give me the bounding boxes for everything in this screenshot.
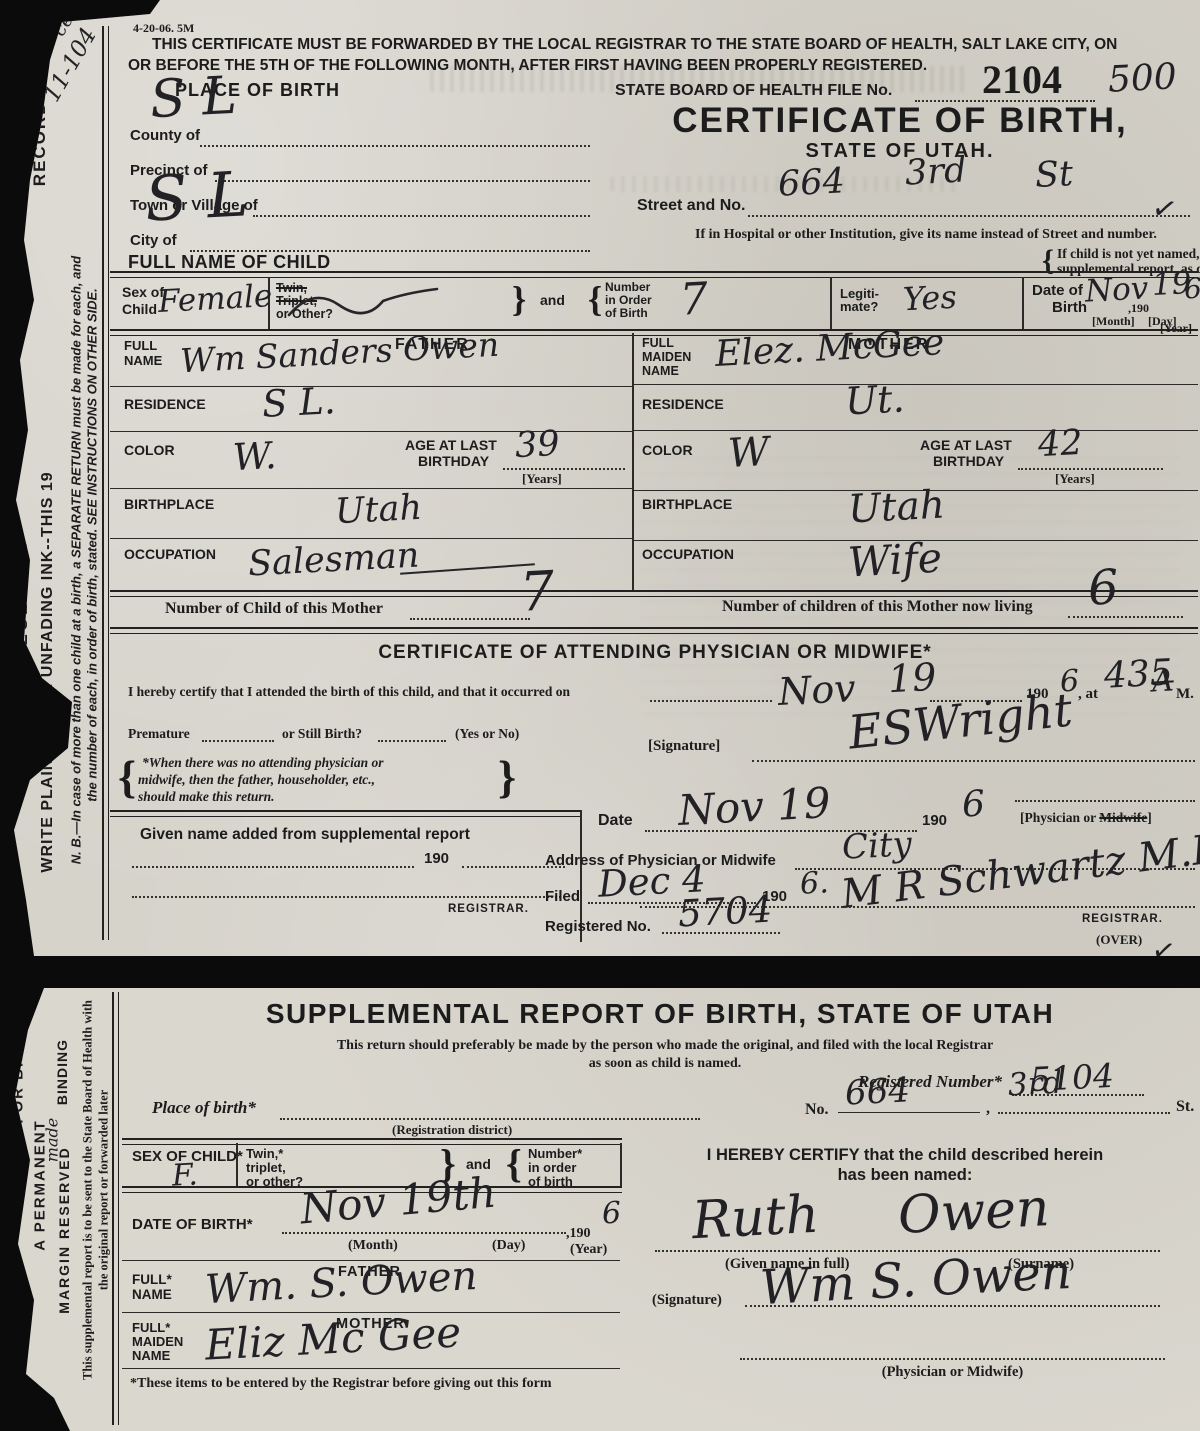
- supp-street-no-handwritten: 664: [844, 1070, 911, 1113]
- and-brace-left: }: [512, 278, 526, 320]
- premature-label: Premature: [128, 726, 190, 742]
- parents-center-divider: [632, 333, 634, 591]
- supp-title: SUPPLEMENTAL REPORT OF BIRTH, STATE OF U…: [140, 998, 1180, 1030]
- certify-line1: [650, 700, 772, 702]
- supp-place-label: Place of birth*: [152, 1098, 256, 1118]
- supp-certify-line2: has been named:: [650, 1166, 1160, 1185]
- checkmark-bottom: ✓: [1149, 932, 1178, 969]
- file-number-label: STATE BOARD OF HEALTH FILE No.: [615, 82, 892, 100]
- father-name-label2: NAME: [124, 353, 162, 368]
- county-label: County of: [130, 127, 200, 144]
- mother-name-label3: NAME: [642, 364, 679, 378]
- supp-st-label: St.: [1176, 1098, 1194, 1116]
- father-occupation-label: OCCUPATION: [124, 546, 216, 562]
- margin-nb-note-line2: the number of each, in order of birth, s…: [85, 288, 100, 802]
- form-left-rule: [102, 26, 109, 940]
- date-value-handwritten: Nov 19: [677, 778, 832, 835]
- supp-order-label1: Number*: [528, 1146, 582, 1161]
- physician-signature-handwritten: ESWright: [846, 682, 1075, 759]
- given-name-box-registrar: REGISTRAR.: [448, 903, 529, 915]
- filed-year-handwritten: 6.: [799, 865, 829, 901]
- supp-year-label: (Year): [570, 1242, 607, 1258]
- date-label: Date: [598, 812, 633, 830]
- given-name-box-top-rule: [110, 810, 580, 817]
- given-name-box-line3: [132, 896, 565, 898]
- supp-margin-note-line2: the original report or forwarded later: [97, 1090, 112, 1291]
- certify-statement: I hereby certify that I attended the bir…: [128, 684, 570, 700]
- yes-or-no-label: (Yes or No): [455, 726, 519, 742]
- supp-street-name-handwritten: 3rd: [1007, 1065, 1063, 1104]
- father-birthplace-handwritten: Utah: [334, 488, 423, 532]
- date-year-handwritten: 6: [961, 783, 986, 825]
- filed-label: Filed: [545, 888, 580, 905]
- no-attendant-brace-right: }: [498, 750, 516, 803]
- supp-given-name-handwritten: Ruth: [691, 1185, 821, 1252]
- sex-value-handwritten: Female: [157, 278, 273, 320]
- given-name-box-year: 190: [424, 850, 449, 867]
- supp-dob-handwritten: Nov 19th: [298, 1168, 498, 1234]
- supp-twin-label2: triplet,: [246, 1160, 286, 1175]
- physician-or-midwife-bracket: [Physician or Midwife]: [1020, 810, 1152, 826]
- father-color-handwritten: W.: [232, 434, 278, 479]
- premature-line: [202, 740, 274, 742]
- mother-occupation-handwritten: Wife: [847, 534, 943, 587]
- town-city-value-handwritten: S L: [143, 157, 250, 235]
- certificate-title: CERTIFICATE OF BIRTH,: [600, 101, 1200, 141]
- supp-dob-line: [282, 1232, 566, 1234]
- supp-mother-label1: FULL*: [132, 1320, 170, 1335]
- mother-name-label2: MAIDEN: [642, 350, 691, 364]
- child-number-label: Number of Child of this Mother: [165, 600, 383, 618]
- phys-label-part1: [Physician or: [1020, 810, 1099, 825]
- order-value-handwritten: 7: [679, 273, 710, 325]
- street-label: Street and No.: [637, 197, 745, 215]
- signature-label: [Signature]: [648, 738, 720, 755]
- county-line: [200, 145, 590, 147]
- supp-certify-line1: I HEREBY CERTIFY that the child describe…: [650, 1146, 1160, 1165]
- supp-subtitle-line1: This return should preferably be made by…: [240, 1038, 1090, 1054]
- certify-at-label: , at: [1078, 686, 1098, 703]
- stillbirth-line: [378, 740, 446, 742]
- supp-margin-binding: BINDING: [54, 1039, 70, 1105]
- supp-margin-note-line1: This supplemental report is to be sent t…: [81, 1000, 96, 1380]
- supp-mother-label2: MAIDEN: [132, 1334, 183, 1349]
- margin-reserved-label: MARGIN RESERVED: [12, 537, 32, 764]
- precinct-line: [215, 180, 590, 182]
- forwarding-notice-line2: OR BEFORE THE 5TH OF THE FOLLOWING MONTH…: [128, 57, 927, 75]
- father-age-handwritten: 39: [514, 424, 561, 466]
- registrar-signature-line: [640, 906, 1195, 908]
- supp-twin-label1: Twin,*: [246, 1146, 283, 1161]
- order-label-line3: of Birth: [605, 306, 648, 320]
- vitals-divider3: [1022, 277, 1024, 329]
- margin-record-label: RECORD.: [30, 94, 50, 186]
- given-name-box-label: Given name added from supplemental repor…: [140, 826, 470, 844]
- physician-certificate-title: CERTIFICATE OF ATTENDING PHYSICIAN OR MI…: [230, 642, 1080, 664]
- certify-month-handwritten: Nov: [777, 666, 857, 714]
- supp-district-label: (Registration district): [392, 1122, 512, 1138]
- registered-no-label: Registered No.: [545, 918, 651, 935]
- supp-place-line: [280, 1118, 700, 1120]
- supp-order-brace: {: [506, 1140, 522, 1187]
- dob-month-bracket: [Month]: [1092, 314, 1135, 329]
- supp-mother-handwritten: Eliz Mc Gee: [204, 1307, 462, 1369]
- date-year-prefix: 190: [922, 812, 947, 829]
- supp-month-label: (Month): [348, 1238, 398, 1254]
- certify-day-handwritten: 19: [887, 655, 938, 701]
- supp-physician-line: [740, 1358, 1165, 1360]
- dob-label-line1: Date of: [1032, 282, 1083, 299]
- vitals-divider2: [830, 277, 832, 329]
- supp-order-label2: in order: [528, 1160, 576, 1175]
- father-age-line: [503, 468, 625, 470]
- sex-label-line2: Child: [122, 301, 157, 317]
- children-living-line: [1068, 616, 1183, 618]
- mother-age-label2: BIRTHDAY: [933, 453, 1004, 469]
- county-value-handwritten: S L: [148, 66, 238, 130]
- legitimate-label-line2: mate?: [840, 299, 878, 314]
- scanned-birth-certificate: RECORD. MARGIN RESERVED WRITE PLAINLY, W…: [0, 0, 1200, 1431]
- certify-am-handwritten: A: [1151, 663, 1174, 699]
- father-occupation-handwritten: Salesman: [247, 536, 420, 585]
- vitals-bottom-rule: [110, 329, 1198, 336]
- no-attendant-note-line1: *When there was no attending physician o…: [142, 755, 384, 771]
- supp-box-right-border: [620, 1143, 622, 1186]
- father-birthplace-label: BIRTHPLACE: [124, 496, 214, 512]
- father-color-label: COLOR: [124, 442, 175, 458]
- street-line: [748, 215, 1190, 217]
- street-number-handwritten: 664: [777, 161, 846, 204]
- supp-subtitle-line2: as soon as child is named.: [240, 1056, 1090, 1072]
- child-note-line1: If child is not yet named, make: [1057, 246, 1200, 262]
- pen-scribble: [285, 283, 445, 323]
- legitimate-value-handwritten: Yes: [902, 278, 958, 319]
- forwarding-notice-line1: THIS CERTIFICATE MUST BE FORWARDED BY TH…: [152, 36, 1117, 54]
- supp-comma: ,: [986, 1100, 990, 1118]
- supp-year-prefix: ,190: [566, 1226, 591, 1242]
- no-attendant-brace-left: {: [118, 750, 136, 803]
- physician-section-rule: [110, 627, 1198, 634]
- order-label-line2: in Order: [605, 293, 652, 307]
- mother-birthplace-label: BIRTHPLACE: [642, 496, 732, 512]
- given-name-box-line1: [132, 866, 414, 868]
- corner-number-annotation: 11-104: [39, 23, 102, 106]
- signature-line: [752, 760, 1195, 762]
- father-residence-label: RESIDENCE: [124, 396, 206, 412]
- dob-year-handwritten: 6: [1183, 272, 1200, 306]
- mother-residence-label: RESIDENCE: [642, 396, 724, 412]
- father-age-label1: AGE AT LAST: [405, 437, 497, 453]
- mother-residence-handwritten: Ut.: [844, 376, 906, 423]
- supp-father-label1: FULL*: [132, 1272, 172, 1287]
- father-row-line1: [110, 386, 632, 387]
- mother-color-label: COLOR: [642, 442, 693, 458]
- supp-box-top-rule: [122, 1138, 622, 1145]
- file-number-extra-handwritten: 500: [1107, 56, 1178, 101]
- supp-day-label: (Day): [492, 1238, 525, 1254]
- mother-age-handwritten: 42: [1037, 423, 1084, 465]
- mother-occupation-label: OCCUPATION: [642, 546, 734, 562]
- supp-margin-reserved: MARGIN RESERVED: [56, 1146, 72, 1313]
- town-line: [253, 215, 590, 217]
- mother-color-handwritten: W: [727, 429, 770, 477]
- supp-no-label: No.: [805, 1101, 829, 1119]
- address-value-handwritten: City: [841, 824, 913, 868]
- supp-father-handwritten: Wm. S. Owen: [204, 1253, 478, 1313]
- mother-age-line: [1018, 468, 1163, 470]
- checkmark-top: ✓: [1149, 190, 1181, 229]
- mother-birthplace-handwritten: Utah: [847, 482, 946, 532]
- parents-bottom-rule: [110, 590, 1198, 597]
- supp-physician-label: (Physician or Midwife): [740, 1364, 1165, 1381]
- father-residence-handwritten: S L.: [261, 379, 337, 426]
- mother-name-label1: FULL: [642, 336, 674, 350]
- supp-margin-for-binding: FOR BINDING.: [10, 996, 27, 1123]
- father-age-label2: BIRTHDAY: [418, 453, 489, 469]
- father-row-line3: [110, 488, 632, 489]
- supp-signature-label: (Signature): [652, 1292, 722, 1309]
- supp-year-handwritten: 6: [601, 1196, 622, 1232]
- physician-or-midwife-line: [1015, 800, 1195, 802]
- mother-age-label1: AGE AT LAST: [920, 437, 1012, 453]
- margin-write-plainly-label: WRITE PLAINLY, WITH UNFADING INK--THIS 1…: [39, 471, 57, 872]
- phys-label-part3: ]: [1147, 810, 1152, 825]
- no-attendant-note-line2: midwife, then the father, householder, e…: [138, 772, 375, 788]
- supp-registrar-note: *These items to be entered by the Regist…: [130, 1376, 552, 1392]
- file-number-value: 2104: [982, 56, 1062, 103]
- supp-surname-handwritten: Owen: [897, 1178, 1051, 1246]
- margin-nb-note-line1: N. B.—In case of more than one child at …: [69, 256, 84, 864]
- father-years-bracket: [Years]: [522, 471, 562, 487]
- form-print-code: 4-20-06. 5M: [133, 21, 194, 36]
- phys-label-midwife-struck: Midwife: [1099, 810, 1147, 825]
- over-label: (OVER): [1096, 932, 1142, 948]
- child-number-line: [410, 618, 530, 620]
- supp-mother-label3: NAME: [132, 1348, 170, 1363]
- father-name-label1: FULL: [124, 338, 157, 353]
- supp-mother-bottom-line: [122, 1368, 620, 1369]
- dob-label-line2: Birth: [1052, 299, 1087, 316]
- street-st-handwritten: St: [1034, 154, 1074, 196]
- order-brace: {: [588, 278, 602, 320]
- child-name-label: FULL NAME OF CHILD: [128, 252, 331, 273]
- mother-row-line2: [632, 430, 1198, 431]
- no-attendant-note-line3: should make this return.: [138, 789, 275, 805]
- mother-years-bracket: [Years]: [1055, 471, 1095, 487]
- supp-father-label2: NAME: [132, 1287, 172, 1302]
- registrar-label: REGISTRAR.: [1082, 913, 1163, 925]
- pen-flourish: [400, 563, 535, 574]
- order-label-line1: Number: [605, 280, 650, 294]
- supp-street-line: [998, 1112, 1170, 1114]
- mother-row-line1: [632, 384, 1198, 385]
- certificate-subtitle: STATE OF UTAH.: [600, 140, 1200, 163]
- dob-year-bracket: [Year]: [1160, 321, 1192, 336]
- street-name-handwritten: 3rd: [904, 150, 967, 193]
- and-label: and: [540, 292, 565, 308]
- vitals-top-rule: [110, 271, 1198, 278]
- children-living-label: Number of children of this Mother now li…: [722, 598, 1033, 616]
- supp-signature-line: [745, 1305, 1160, 1307]
- supp-left-rule: [112, 992, 119, 1425]
- supp-street-no-line: [838, 1112, 980, 1113]
- hospital-note: If in Hospital or other Institution, giv…: [695, 227, 1157, 243]
- registered-no-handwritten: 5704: [677, 888, 773, 936]
- child-number-handwritten: 7: [518, 559, 556, 624]
- certify-m-label: M.: [1176, 686, 1194, 703]
- stillbirth-label: or Still Birth?: [282, 726, 362, 742]
- children-living-handwritten: 6: [1087, 559, 1120, 617]
- supp-dob-label: DATE OF BIRTH*: [132, 1216, 253, 1233]
